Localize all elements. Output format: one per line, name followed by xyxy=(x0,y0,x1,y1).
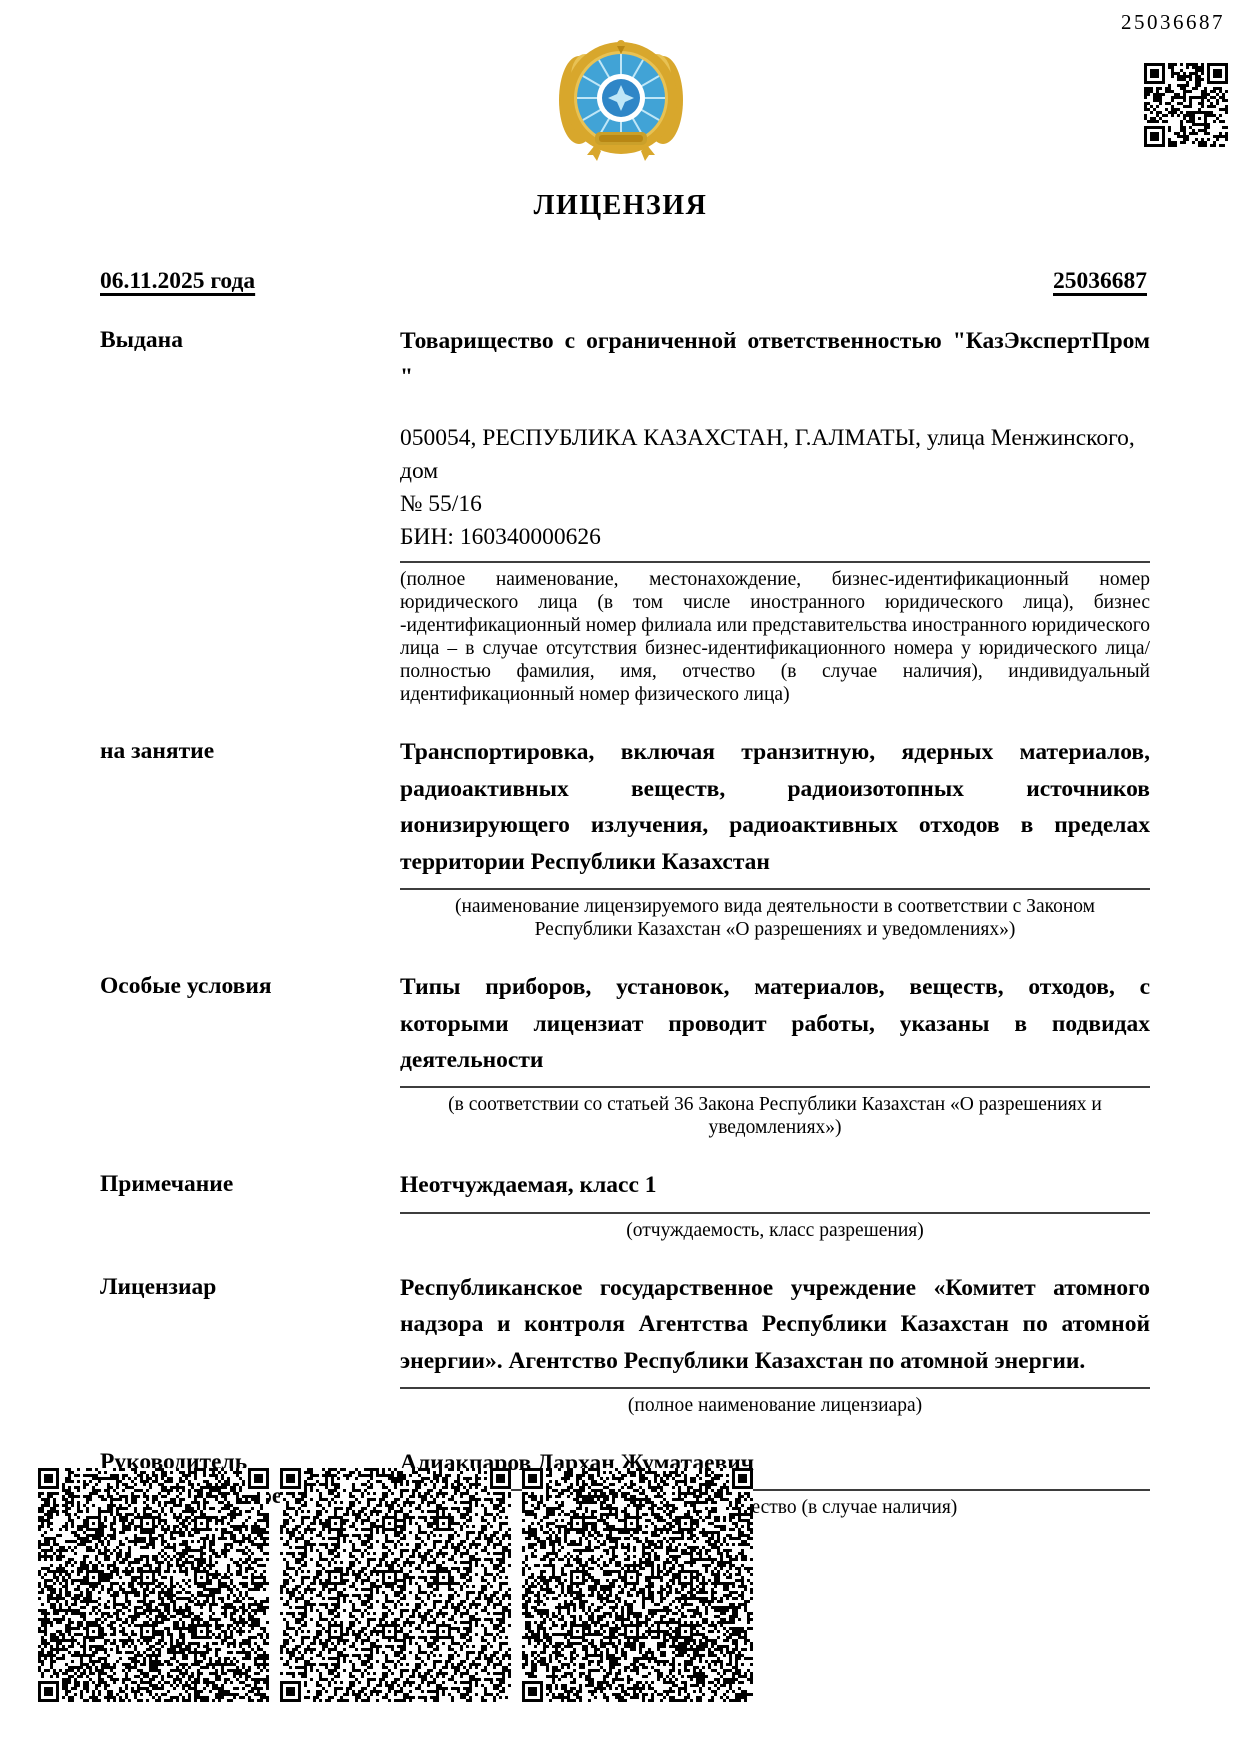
issue-date: 06.11.2025 года xyxy=(100,268,255,295)
note-caption: (отчуждаемость, класс разрешения) xyxy=(400,1214,1150,1242)
section-issued-to: Выдана Товарищество с ограниченной ответ… xyxy=(100,323,1150,706)
special-conditions-value: Типы приборов, установок, материалов, ве… xyxy=(400,969,1150,1078)
kazakhstan-emblem-icon xyxy=(555,36,687,168)
issued-to-caption: (полное наименование, местонахождение, б… xyxy=(400,563,1150,706)
kazakhstan-emblem xyxy=(555,36,687,168)
section-licensor: Лицензиар Республиканское государственно… xyxy=(100,1270,1150,1417)
date-number-row: 06.11.2025 года 25036687 xyxy=(100,268,1147,295)
section-note: Примечание Неотчуждаемая, класс 1 (отчуж… xyxy=(100,1167,1150,1241)
activity-label: на занятие xyxy=(100,734,400,768)
issued-to-label: Выдана xyxy=(100,323,400,357)
licensee-address: 050054, РЕСПУБЛИКА КАЗАХСТАН, Г.АЛМАТЫ, … xyxy=(400,422,1150,554)
barcode-3-icon xyxy=(522,1468,753,1704)
licensor-value: Республиканское государственное учрежден… xyxy=(400,1270,1150,1379)
document-body: Выдана Товарищество с ограниченной ответ… xyxy=(100,323,1150,1519)
note-value: Неотчуждаемая, класс 1 xyxy=(400,1167,1150,1203)
document-number-top: 25036687 xyxy=(1121,10,1225,35)
qr-code-icon xyxy=(1144,63,1229,149)
note-label: Примечание xyxy=(100,1167,400,1201)
special-conditions-caption: (в соответствии со статьей 36 Закона Рес… xyxy=(400,1088,1150,1139)
document-title: ЛИЦЕНЗИЯ xyxy=(0,190,1241,222)
barcode-1-icon xyxy=(38,1468,269,1704)
special-conditions-label: Особые условия xyxy=(100,969,400,1003)
section-special-conditions: Особые условия Типы приборов, установок,… xyxy=(100,969,1150,1139)
activity-caption: (наименование лицензируемого вида деятел… xyxy=(400,890,1150,941)
licensor-caption: (полное наименование лицензиара) xyxy=(400,1389,1150,1417)
section-activity: на занятие Транспортировка, включая тран… xyxy=(100,734,1150,941)
activity-value: Транспортировка, включая транзитную, яде… xyxy=(400,734,1150,880)
licensor-label: Лицензиар xyxy=(100,1270,400,1304)
barcode-strip xyxy=(38,1468,753,1704)
licensee-name: Товарищество с ограниченной ответственно… xyxy=(400,323,1150,396)
barcode-2-icon xyxy=(280,1468,511,1704)
license-document: 25036687 xyxy=(0,0,1241,1754)
license-number: 25036687 xyxy=(1053,268,1147,295)
